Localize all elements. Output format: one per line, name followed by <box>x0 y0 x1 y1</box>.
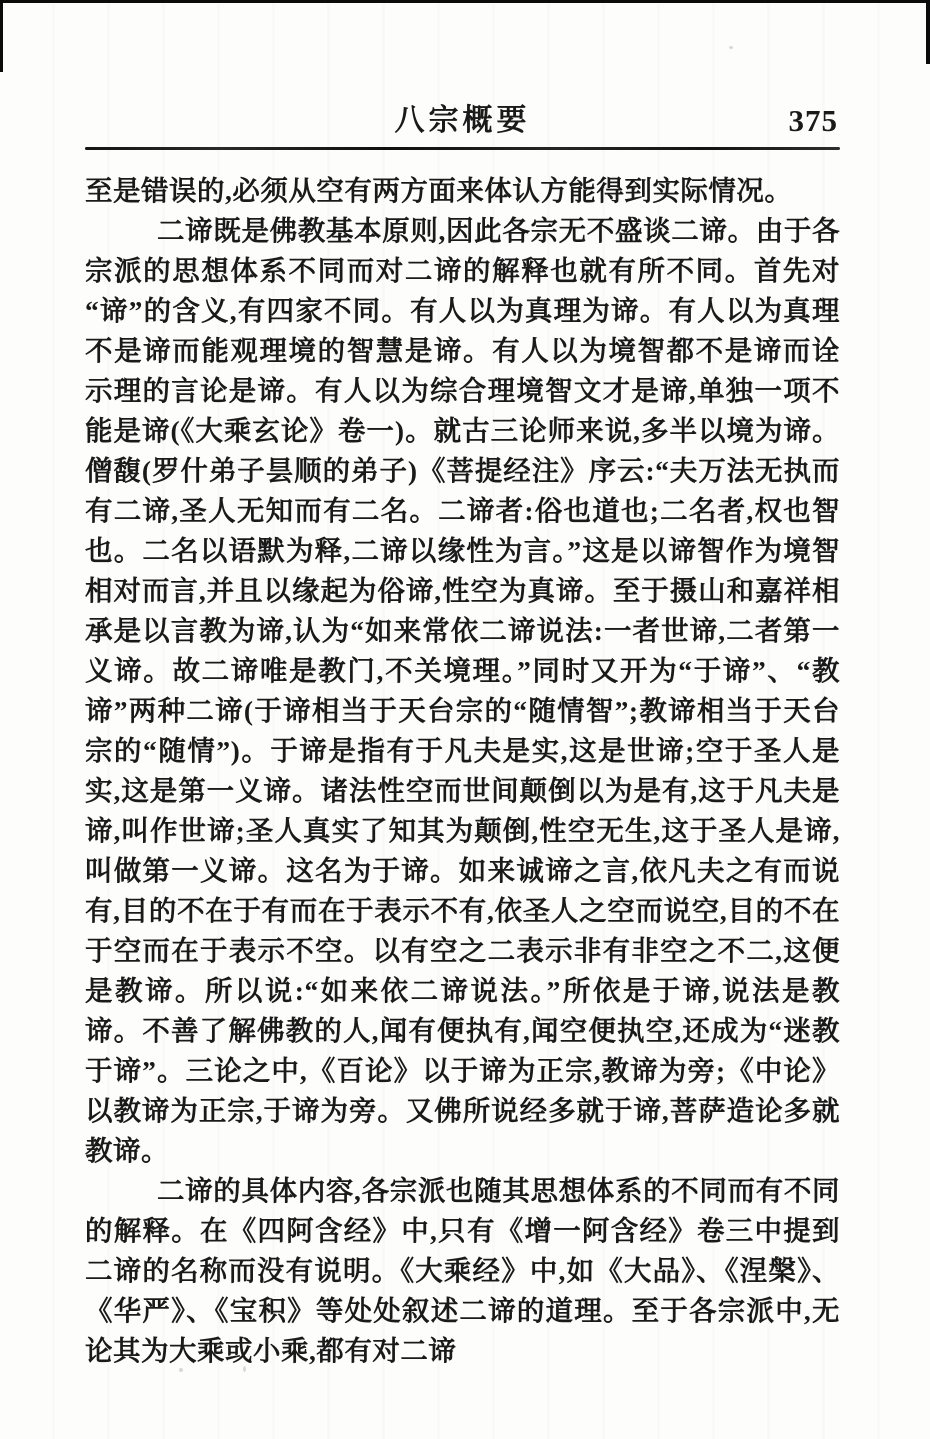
paragraph: 二谛的具体内容,各宗派也随其思想体系的不同而有不同的解释。在《四阿含经》中,只有… <box>85 1171 840 1371</box>
body-text: 至是错误的,必须从空有两方面来体认方能得到实际情况。 二谛既是佛教基本原则,因此… <box>85 150 840 1371</box>
paragraph: 二谛既是佛教基本原则,因此各宗无不盛谈二谛。由于各宗派的思想体系不同而对二谛的解… <box>85 211 840 1171</box>
page-number: 375 <box>789 101 839 140</box>
scan-speck <box>243 1366 246 1372</box>
running-title: 八宗概要 <box>85 101 840 140</box>
scan-speck <box>729 46 733 49</box>
running-header: 八宗概要 375 <box>85 0 840 140</box>
page-content: 八宗概要 375 至是错误的,必须从空有两方面来体认方能得到实际情况。 二谛既是… <box>85 0 840 1371</box>
paragraph-continuation: 至是错误的,必须从空有两方面来体认方能得到实际情况。 <box>85 171 840 211</box>
book-page-scan: 八宗概要 375 至是错误的,必须从空有两方面来体认方能得到实际情况。 二谛既是… <box>0 0 930 1439</box>
scan-edge-left <box>0 0 3 72</box>
scan-edge-right <box>926 0 930 64</box>
scan-speck <box>179 1368 183 1372</box>
